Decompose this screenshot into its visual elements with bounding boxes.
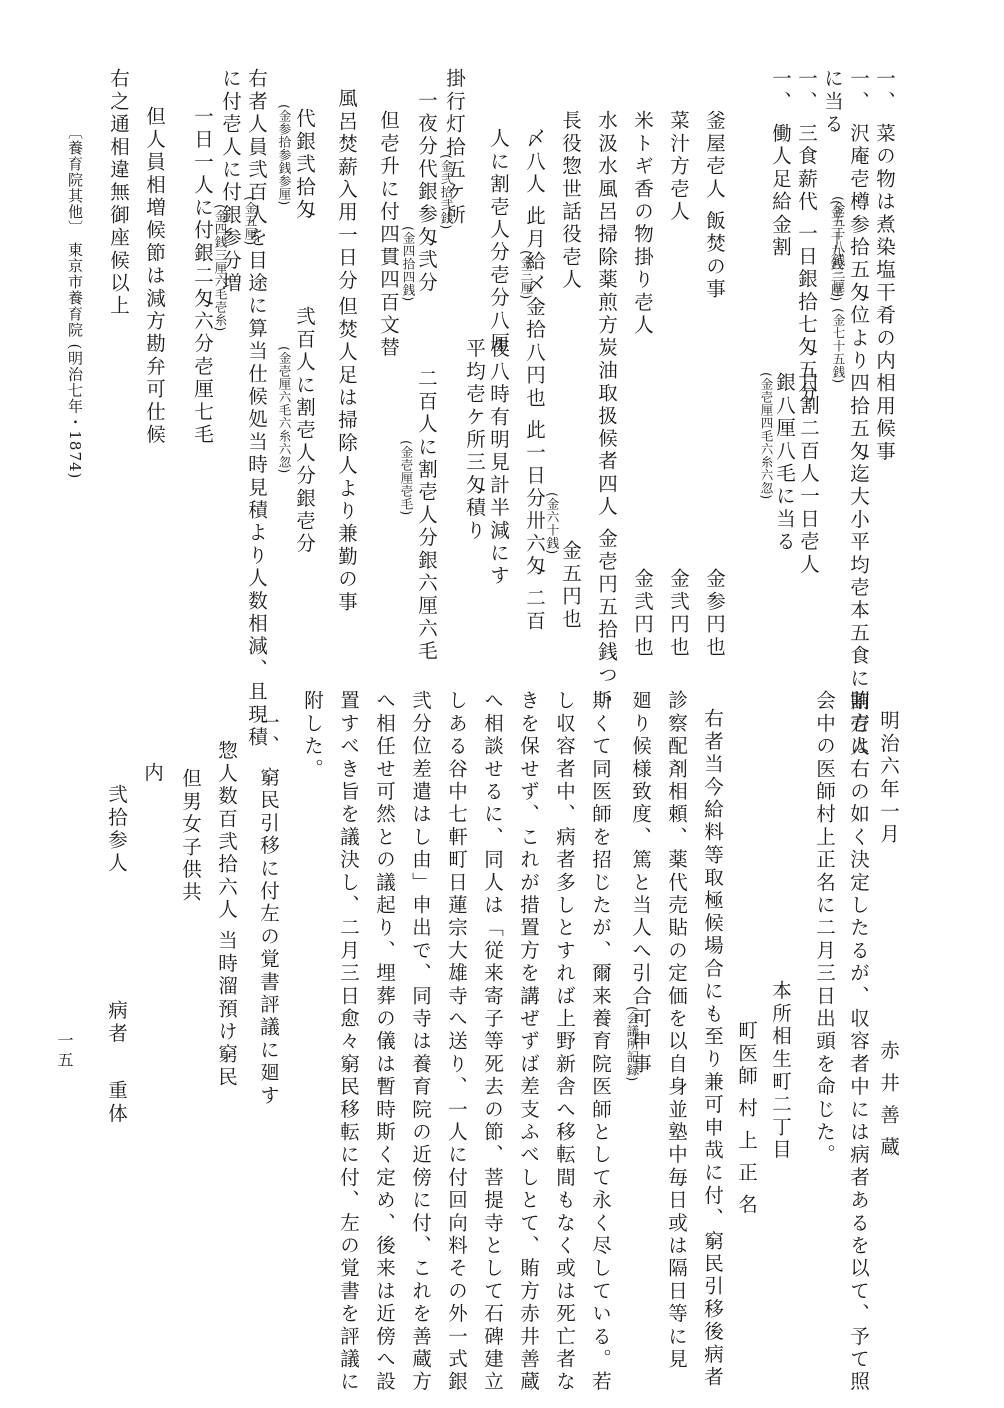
body-line: 会中の医師村上正名に二月三日出頭を命じた。 — [815, 690, 835, 1167]
source-note: (会議所記録) — [626, 1006, 639, 1082]
annotation: (金壱厘壱毛) — [400, 440, 413, 516]
body-line: 賄方は右の如く決定したるが、収容者中には病者あるを以て、予て照 — [849, 690, 869, 1394]
total-per-person: 人に割壱人分壱分八厘 — [489, 128, 509, 355]
annotation: (金三厘) — [520, 250, 533, 300]
page-number: 一五 — [56, 1032, 72, 1070]
item-takuan: 一、 沢庵壱樽参拾五匁位より四拾五匁迄大小平均壱本五食に割壱人 — [849, 68, 869, 758]
signer: 赤 井 善 蔵 — [879, 1040, 899, 1159]
role-najiru: 菜汁方壱人 — [669, 110, 689, 224]
body-line: し収容者中、病者多しとすれば上野新舎へ移転間もなく或は死亡者な — [555, 690, 575, 1394]
role-kamaya: 釜屋壱人 飯焚の事 — [705, 110, 725, 301]
body-line: 右者当今給料等取極候場合にも至り兼可申哉に付、窮民引移後病者 — [703, 708, 723, 1389]
date: 明治六年一月 — [879, 710, 899, 846]
role-chief: 長役惣世話役壱人 — [561, 110, 581, 292]
night-note-2: 平均壱ケ所三匁積り — [465, 338, 485, 542]
annotation: (金壱厘四毛六糸六忽) — [760, 372, 773, 500]
amount-najiru: 金弐円也 — [669, 568, 689, 659]
body-line: しある谷中七軒町日蓮宗大雄寺へ送り、一人に付回向料その外一式銀 — [447, 690, 467, 1394]
daily-cost: 一日一人に付銀二匁六分壱厘七毛 — [193, 106, 213, 447]
annotation: (金参拾参銭参厘) — [278, 104, 291, 206]
total-eight: 〆八人 此月給〆金拾八円也 此一日分卅六匁 二百 — [525, 128, 545, 633]
item-labor-wages: 一、 働人足給金割 — [771, 68, 791, 259]
increase-note: 但人員相増候節は減方勘弁可仕候 — [145, 106, 165, 447]
bath-split: 弐百人に割壱人分銀壱分 — [295, 306, 315, 556]
wage-note-2: 銀八厘八毛に当る — [775, 372, 795, 554]
body-line: 診察配剤相頼、薬代売貼の定価を以自身並塾中毎日或は隔日等に見 — [667, 690, 687, 1371]
role-rice-washer: 米トギ香の物掛り壱人 — [633, 110, 653, 337]
annotation: (金七十五銭) — [832, 308, 845, 384]
custody-note: 当時溜預け窮民 — [217, 930, 237, 1089]
doctor-name: 町医師 村 上 正 名 — [737, 1020, 757, 1217]
bath-cost: 代銀弐拾匁 — [295, 108, 315, 222]
source-citation: 〔養育院其他〕 東京市養育院 (明治七年・1874) — [65, 124, 86, 479]
annotation: (金四拾四銭) — [402, 226, 415, 302]
sick-label: 病者 — [107, 1000, 127, 1045]
night-note-1: 夜八時有明見計半減にす — [489, 338, 509, 588]
annotation: (金四銭三厘六毛壱糸) — [214, 204, 227, 332]
calc-note: 右者人員弐百人を目途に算当仕候処当時見積より人数相減、且現積 — [247, 68, 267, 749]
amount-kamaya: 金参円也 — [705, 568, 725, 659]
body-line: へ相任せ可然との議起り、埋葬の儀は暫時斯く定め、後来は近傍へ設 — [375, 690, 395, 1394]
memo-heading: 一、 窮民引移に付左の覚書評議に廻す — [259, 712, 279, 1107]
night-note-3: 二百人に割壱人分銀六厘六毛 — [417, 368, 437, 663]
role-water-bath: 水汲水風呂掃除薬煎方炭油取扱候者四人 金壱円五拾銭つゝ — [597, 110, 617, 710]
body-line: きを保せず、これが措置方を講ぜずば差支ふべしとて、賄方赤井善蔵 — [519, 690, 539, 1394]
body-line: 斯くて同医師を招じたが、爾来養育院医師として永く尽している。若 — [591, 690, 611, 1394]
body-line: 附した。 — [303, 690, 323, 781]
item-takuan-cont: に当る — [823, 68, 843, 136]
amount-rice-washer: 金弐円也 — [633, 568, 653, 659]
wage-note-1: 日割二百人一日壱人 — [799, 372, 819, 576]
annotation: (金五厘) — [244, 196, 257, 246]
sick-count: 弐拾参人 — [107, 784, 127, 875]
amount-chief: 金五円也 — [561, 540, 581, 631]
includes-note: 但男女子供共 — [181, 768, 201, 904]
severe-label: 重体 — [107, 1080, 127, 1125]
annotation: (金弐拾弐銭) — [440, 154, 453, 230]
annotation: (金六十銭) — [546, 492, 559, 555]
sweep-note: 但焚人足は掃除人より兼勤の事 — [337, 296, 357, 614]
item-vegetables: 一、 菜の物は煮染塩干肴の内相用候事 — [875, 68, 895, 463]
item-bath-fuel: 風呂焚薪入用一日分 — [337, 88, 357, 292]
total-count: 惣人数百弐拾六人 — [217, 740, 237, 922]
closing: 右之通相違無御座候以上 — [109, 68, 129, 318]
address: 本所相生町二丁目 — [771, 980, 791, 1162]
body-line: 置すべき旨を議決し、二月三日愈々窮民移転に付、左の覚書を評議に — [339, 690, 359, 1394]
inside-label: 内 — [143, 762, 163, 785]
annotation: (金壱厘六毛六糸六忽) — [278, 346, 291, 474]
body-line: 弐分位差遣はし由」申出で、同寺は養育院の近傍に付、これを善蔵方 — [411, 690, 431, 1394]
annotation: (金二十九銭二厘) — [830, 200, 843, 302]
item-firewood: 一、 三食薪代 一日銀拾七匁五分 — [797, 68, 817, 405]
body-line: へ相談せるに、同人は「従来寄子等死去の節、菩提寺として石碑建立 — [483, 690, 503, 1394]
item-night-cost: 一夜分代銀参匁弐分 — [417, 90, 437, 294]
oil-rate: 但壱升に付四貫四百文替 — [379, 110, 399, 360]
